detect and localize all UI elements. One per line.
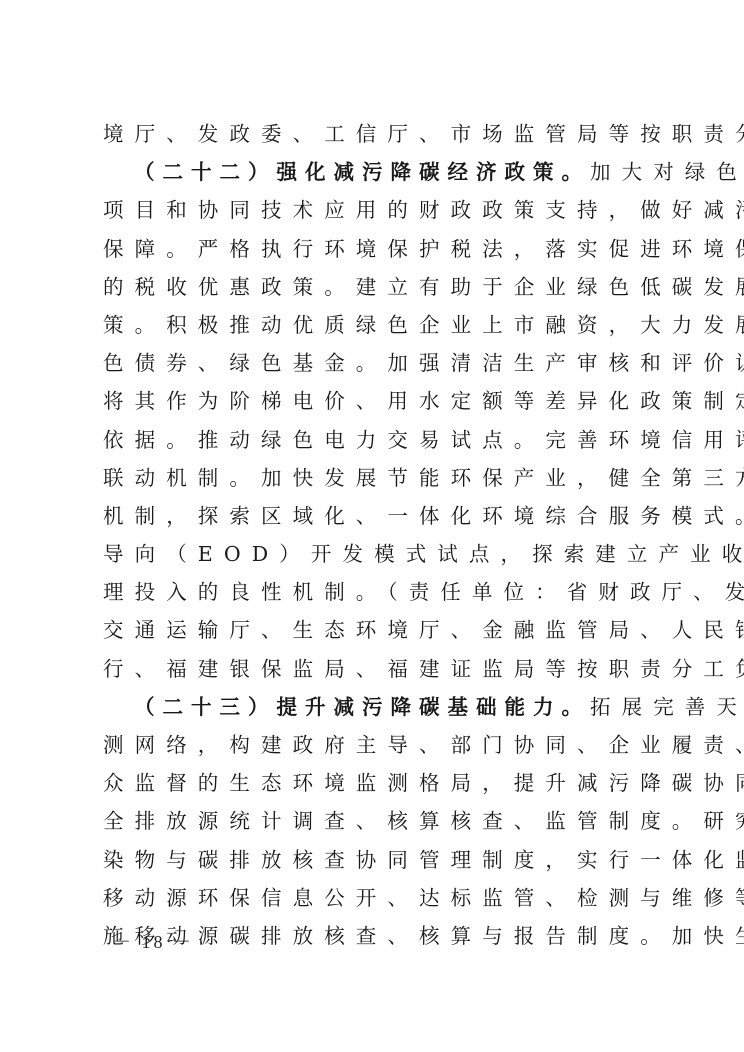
line-text: 导向（EOD）开发模式试点，探索建立产业收益补贴生态环境治 xyxy=(103,542,744,566)
text-line: 全排放源统计调查、核算核查、监管制度。研究建立固定源污 xyxy=(103,802,643,840)
line-text: 项目和协同技术应用的财政政策支持，做好减污降碳相关经费 xyxy=(103,198,744,222)
text-line: 导向（EOD）开发模式试点，探索建立产业收益补贴生态环境治 xyxy=(103,535,643,573)
line-text: 测网络，构建政府主导、部门协同、企业履责、社会参与、公 xyxy=(103,733,744,757)
section-heading-line: （二十二）强化减污降碳经济政策。加大对绿色低碳投资 xyxy=(103,153,643,191)
text-line: 色债券、绿色基金。加强清洁生产审核和评价认证结果应用， xyxy=(103,344,643,382)
body-text: 境厅、发政委、工信厅、市场监管局等按职责分工负责） （二十二）强化减污降碳经济政… xyxy=(103,115,643,955)
line-text: 拓展完善天地一体监 xyxy=(590,695,744,719)
text-line: 保障。严格执行环境保护税法，落实促进环境保护和污染防治 xyxy=(103,230,643,268)
line-text: 联动机制。加快发展节能环保产业，健全第三方治理环境监管 xyxy=(103,466,744,490)
line-text: 行、福建银保监局、福建证监局等按职责分工负责） xyxy=(103,657,744,681)
line-text: 保障。严格执行环境保护税法，落实促进环境保护和污染防治 xyxy=(103,237,744,261)
section-heading-22: （二十二）强化减污降碳经济政策。 xyxy=(134,160,590,184)
line-text: 施移动源碳排放核查、核算与报告制度。加快生态云平台 3.0 xyxy=(103,924,744,948)
text-line: 交通运输厅、生态环境厅、金融监管局、人民银行福州中心支 xyxy=(103,611,643,649)
line-text: 机制，探索区域化、一体化环境综合服务模式。开展生态环境 xyxy=(103,504,744,528)
line-text: 依据。推动绿色电力交易试点。完善环境信用评价和绿色金融 xyxy=(103,428,744,452)
text-line: 机制，探索区域化、一体化环境综合服务模式。开展生态环境 xyxy=(103,497,643,535)
text-line: 测网络，构建政府主导、部门协同、企业履责、社会参与、公 xyxy=(103,726,643,764)
text-line: 行、福建银保监局、福建证监局等按职责分工负责） xyxy=(103,650,643,688)
line-text: 境厅、发政委、工信厅、市场监管局等按职责分工负责） xyxy=(103,122,744,146)
text-line: 移动源环保信息公开、达标监管、检测与维修等制度，探索实 xyxy=(103,879,643,917)
line-text: 策。积极推动优质绿色企业上市融资，大力发展绿色信贷、绿 xyxy=(103,313,744,337)
text-line: 依据。推动绿色电力交易试点。完善环境信用评价和绿色金融 xyxy=(103,421,643,459)
text-line: 境厅、发政委、工信厅、市场监管局等按职责分工负责） xyxy=(103,115,643,153)
section-heading-23: （二十三）提升减污降碳基础能力。 xyxy=(134,695,590,719)
line-text: 色债券、绿色基金。加强清洁生产审核和评价认证结果应用， xyxy=(103,351,744,375)
line-text: 的税收优惠政策。建立有助于企业绿色低碳发展的绿色电价政 xyxy=(103,275,744,299)
line-text: 众监督的生态环境监测格局，提升减污降碳协同监测能力。健 xyxy=(103,771,744,795)
text-line: 染物与碳排放核查协同管理制度，实行一体化监管执法。依托 xyxy=(103,841,643,879)
text-line: 的税收优惠政策。建立有助于企业绿色低碳发展的绿色电价政 xyxy=(103,268,643,306)
line-text: 染物与碳排放核查协同管理制度，实行一体化监管执法。依托 xyxy=(103,848,744,872)
text-line: 联动机制。加快发展节能环保产业，健全第三方治理环境监管 xyxy=(103,459,643,497)
line-text: 交通运输厅、生态环境厅、金融监管局、人民银行福州中心支 xyxy=(103,618,744,642)
line-text: 将其作为阶梯电价、用水定额等差异化政策制定和实施的重要 xyxy=(103,389,744,413)
section-heading-line: （二十三）提升减污降碳基础能力。拓展完善天地一体监 xyxy=(103,688,643,726)
document-page: 境厅、发政委、工信厅、市场监管局等按职责分工负责） （二十二）强化减污降碳经济政… xyxy=(0,0,744,1052)
line-text: 移动源环保信息公开、达标监管、检测与维修等制度，探索实 xyxy=(103,886,744,910)
text-line: 众监督的生态环境监测格局，提升减污降碳协同监测能力。健 xyxy=(103,764,643,802)
line-text: 理投入的良性机制。（责任单位：省财政厅、发改委、税务局、 xyxy=(103,580,744,604)
line-text: 加大对绿色低碳投资 xyxy=(590,160,744,184)
text-line: 理投入的良性机制。（责任单位：省财政厅、发改委、税务局、 xyxy=(103,573,643,611)
text-line: 将其作为阶梯电价、用水定额等差异化政策制定和实施的重要 xyxy=(103,382,643,420)
text-line: 策。积极推动优质绿色企业上市融资，大力发展绿色信贷、绿 xyxy=(103,306,643,344)
line-text: 全排放源统计调查、核算核查、监管制度。研究建立固定源污 xyxy=(103,809,744,833)
text-line: 项目和协同技术应用的财政政策支持，做好减污降碳相关经费 xyxy=(103,191,643,229)
page-number: － 18 － xyxy=(113,928,194,954)
